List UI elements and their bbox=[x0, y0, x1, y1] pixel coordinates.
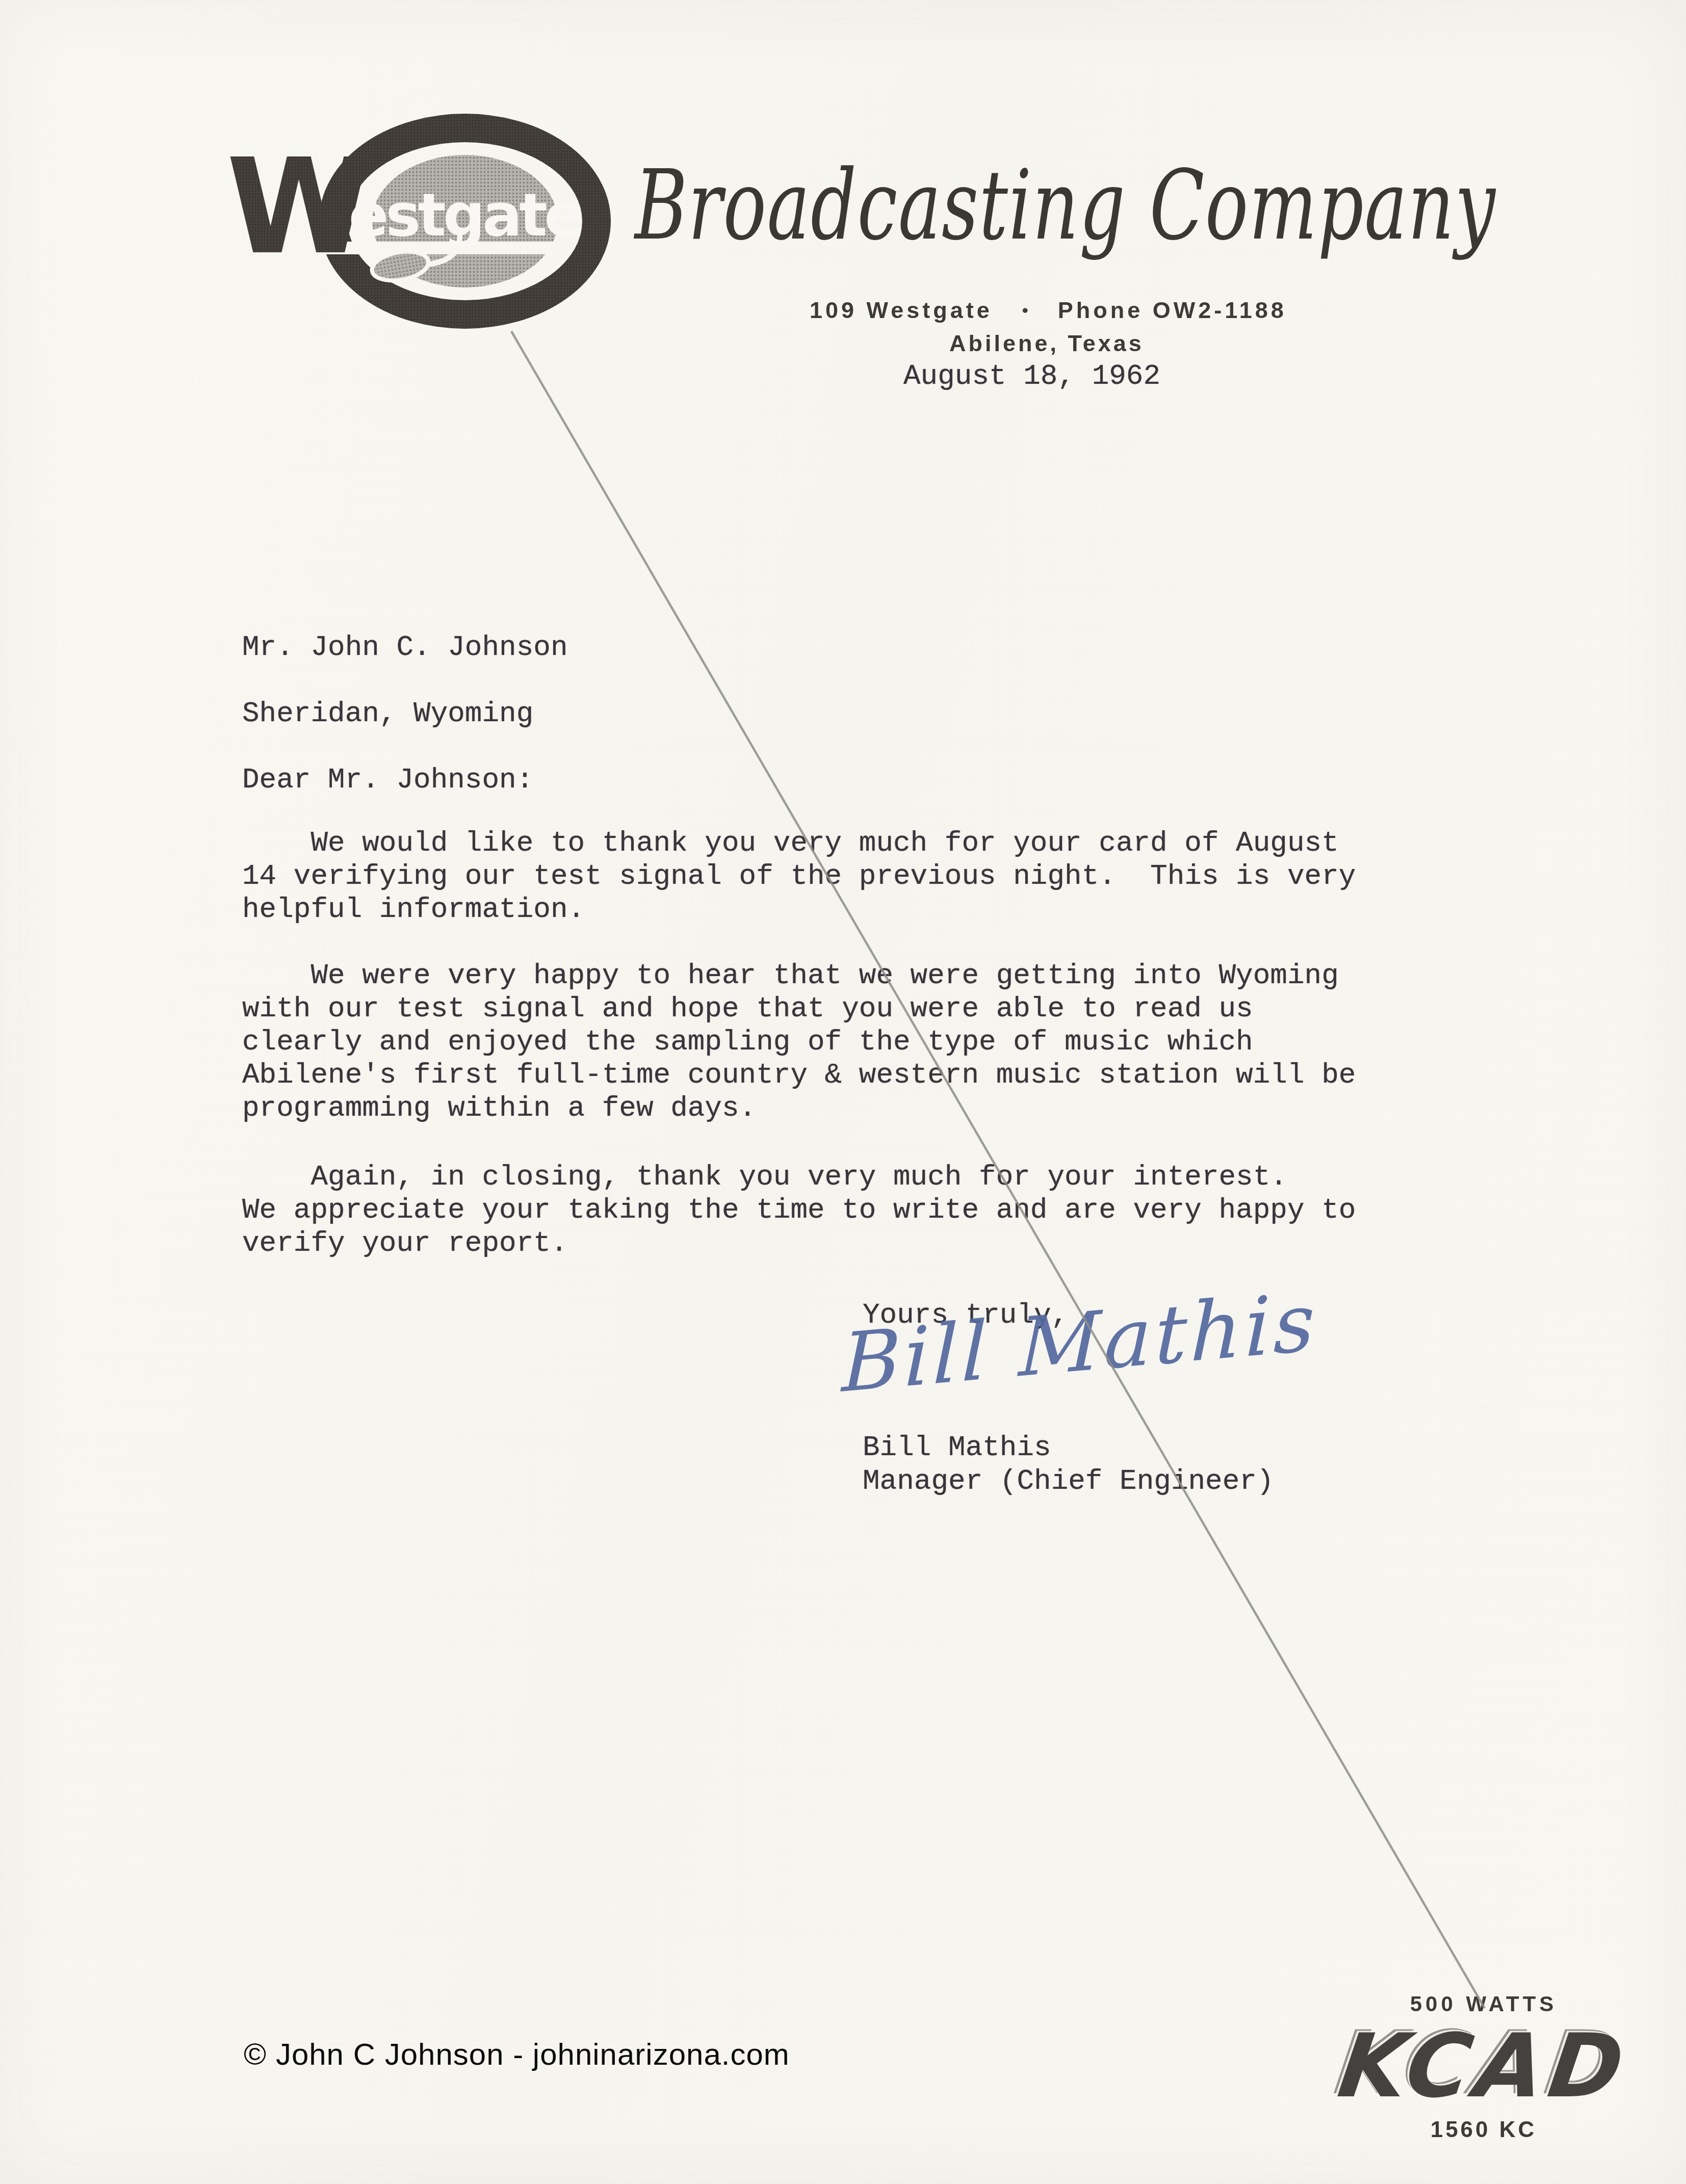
letterhead-address-line: 109 Westgate • Phone OW2-1188 bbox=[810, 297, 1287, 324]
scanned-letter-page: W estgate Broadcasting Company 109 Westg… bbox=[0, 0, 1686, 2184]
westgate-logo: W estgate bbox=[229, 113, 612, 333]
station-frequency: 1560 KC bbox=[1326, 2117, 1642, 2143]
watermark-copyright: © John C Johnson - johninarizona.com bbox=[244, 2037, 790, 2072]
letter-date: August 18, 1962 bbox=[903, 360, 1160, 393]
salutation: Dear Mr. Johnson: bbox=[242, 764, 533, 797]
bullet-separator-icon: • bbox=[1022, 301, 1028, 321]
signer-typed-name: Bill Mathis bbox=[863, 1431, 1051, 1464]
recipient-name: Mr. John C. Johnson bbox=[242, 631, 568, 664]
address-phone: Phone OW2-1188 bbox=[1058, 297, 1287, 324]
station-power: 500 WATTS bbox=[1326, 1992, 1642, 2016]
address-city: Abilene, Texas bbox=[949, 330, 1144, 357]
body-paragraph-1: We would like to thank you very much for… bbox=[242, 827, 1356, 926]
body-paragraph-3: Again, in closing, thank you very much f… bbox=[242, 1161, 1356, 1260]
address-street: 109 Westgate bbox=[810, 297, 993, 324]
company-script-title: Broadcasting Company bbox=[635, 157, 1496, 254]
handwritten-signature: Bill Mathis bbox=[841, 1278, 1318, 1408]
body-paragraph-2: We were very happy to hear that we were … bbox=[242, 959, 1356, 1125]
logo-wordmark: estgate bbox=[349, 181, 582, 250]
station-callsign: KCAD bbox=[1319, 2022, 1648, 2110]
recipient-city: Sheridan, Wyoming bbox=[242, 697, 533, 730]
station-mark: 500 WATTS KCAD 1560 KC bbox=[1326, 1992, 1642, 2143]
signer-title: Manager (Chief Engineer) bbox=[863, 1465, 1274, 1498]
